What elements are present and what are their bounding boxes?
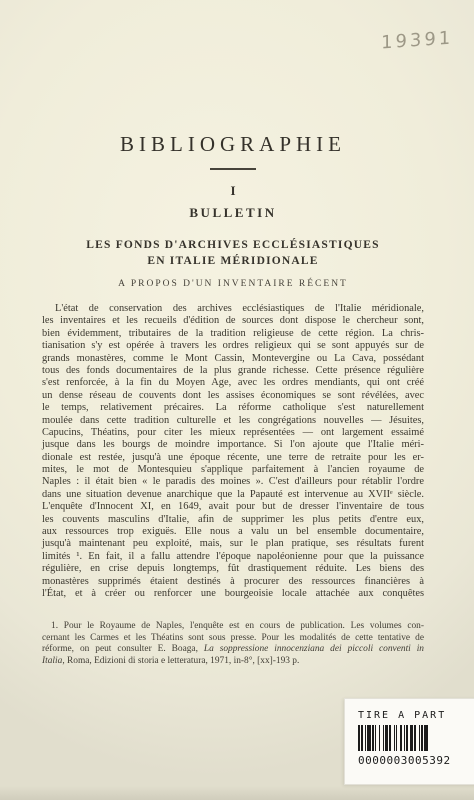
footnote-book-title: Italia [42,656,62,666]
section-number: I [42,183,424,199]
footnote-line: 1. Pour le Royaume de Naples, l'enquête … [42,621,424,633]
body-line: limités ¹. En fait, il a fallu attendre … [42,551,424,563]
body-line: tianisation s'y est opérée à travers les… [42,340,424,352]
footnote-text: , Roma, Edizioni di storia e letteratura… [62,656,299,666]
body-line: dans une situation devenue anarchique qu… [42,489,424,501]
footnote-text: 1. Pour le Royaume de Naples, l'enquête … [51,621,424,631]
footnote: 1. Pour le Royaume de Naples, l'enquête … [42,621,424,667]
footnote-text: cernant les Carmes et les Théatins sont … [42,633,424,643]
handwritten-inventory-number: 19391 [381,27,453,53]
body-line: Naples : il était bien « le paradis des … [42,476,424,488]
body-line: les inventaires et les recueils d'éditio… [42,315,424,327]
body-line: un dense réseau de couvents dont les ass… [42,390,424,402]
body-line: grands monastères, comme le Mont Cassin,… [42,353,424,365]
offprint-barcode-label: TIRE A PART 0000003005392 [344,698,474,785]
body-line: mites, le mot de Montesquieu s'applique … [42,464,424,476]
body-line: s'est renforcée, à la fin du Moyen Age, … [42,377,424,389]
barcode [358,725,464,751]
body-line: l'État, et à créer ou renforcer une bour… [42,588,424,600]
body-line: dionale est restée, jusqu'à une époque r… [42,452,424,464]
barcode-bar [428,725,429,751]
article-title-line1: LES FONDS D'ARCHIVES ECCLÉSIASTIQUES [42,238,424,254]
body-line: moulée dans cette tradition culturelle e… [42,415,424,427]
body-line: jusque dans les bourgs de moindre import… [42,439,424,451]
body-line: Capucins, Théatins, pour citer les mieux… [42,427,424,439]
footnote-book-title: La soppressione innocenziana dei piccoli… [204,644,424,654]
body-line: L'état de conservation des archives eccl… [42,303,424,315]
section-title: BULLETIN [42,205,424,221]
body-line: jusqu'à maintenant peu exploité, mais, s… [42,538,424,550]
article-subtitle: A PROPOS D'UN INVENTAIRE RÉCENT [42,279,424,289]
footnote-line: réforme, on peut consulter E. Boaga, La … [42,644,424,656]
barcode-number: 0000003005392 [358,754,474,767]
body-line: L'enquête d'Innocent XI, en 1649, avait … [42,501,424,513]
article-title-line2: EN ITALIE MÉRIDIONALE [42,254,424,270]
scanned-document-page: 19391 BIBLIOGRAPHIE I BULLETIN LES FONDS… [0,0,474,800]
body-line: le temps, relativement précaires. La réf… [42,402,424,414]
body-line: tous des fonds documentaires de la plus … [42,365,424,377]
page-title: BIBLIOGRAPHIE [42,132,424,157]
footnote-line: cernant les Carmes et les Théatins sont … [42,633,424,645]
footnote-line: Italia, Roma, Edizioni di storia e lette… [42,656,424,668]
offprint-label-title: TIRE A PART [358,710,474,722]
body-line: régulière, en crise depuis longtemps, fû… [42,563,424,575]
body-line: aux ressources trop exiguës. Elle nous a… [42,526,424,538]
body-line: monastères supprimés étaient destinés à … [42,576,424,588]
footnote-text: réforme, on peut consulter E. Boaga, [42,644,204,654]
body-paragraph: L'état de conservation des archives eccl… [42,303,424,600]
article-title: LES FONDS D'ARCHIVES ECCLÉSIASTIQUES EN … [42,238,424,269]
title-divider-rule [210,168,256,170]
body-line: les couvents masculins d'Italie, afin de… [42,514,424,526]
body-line: bien évidemment, tributaires de la tradi… [42,328,424,340]
